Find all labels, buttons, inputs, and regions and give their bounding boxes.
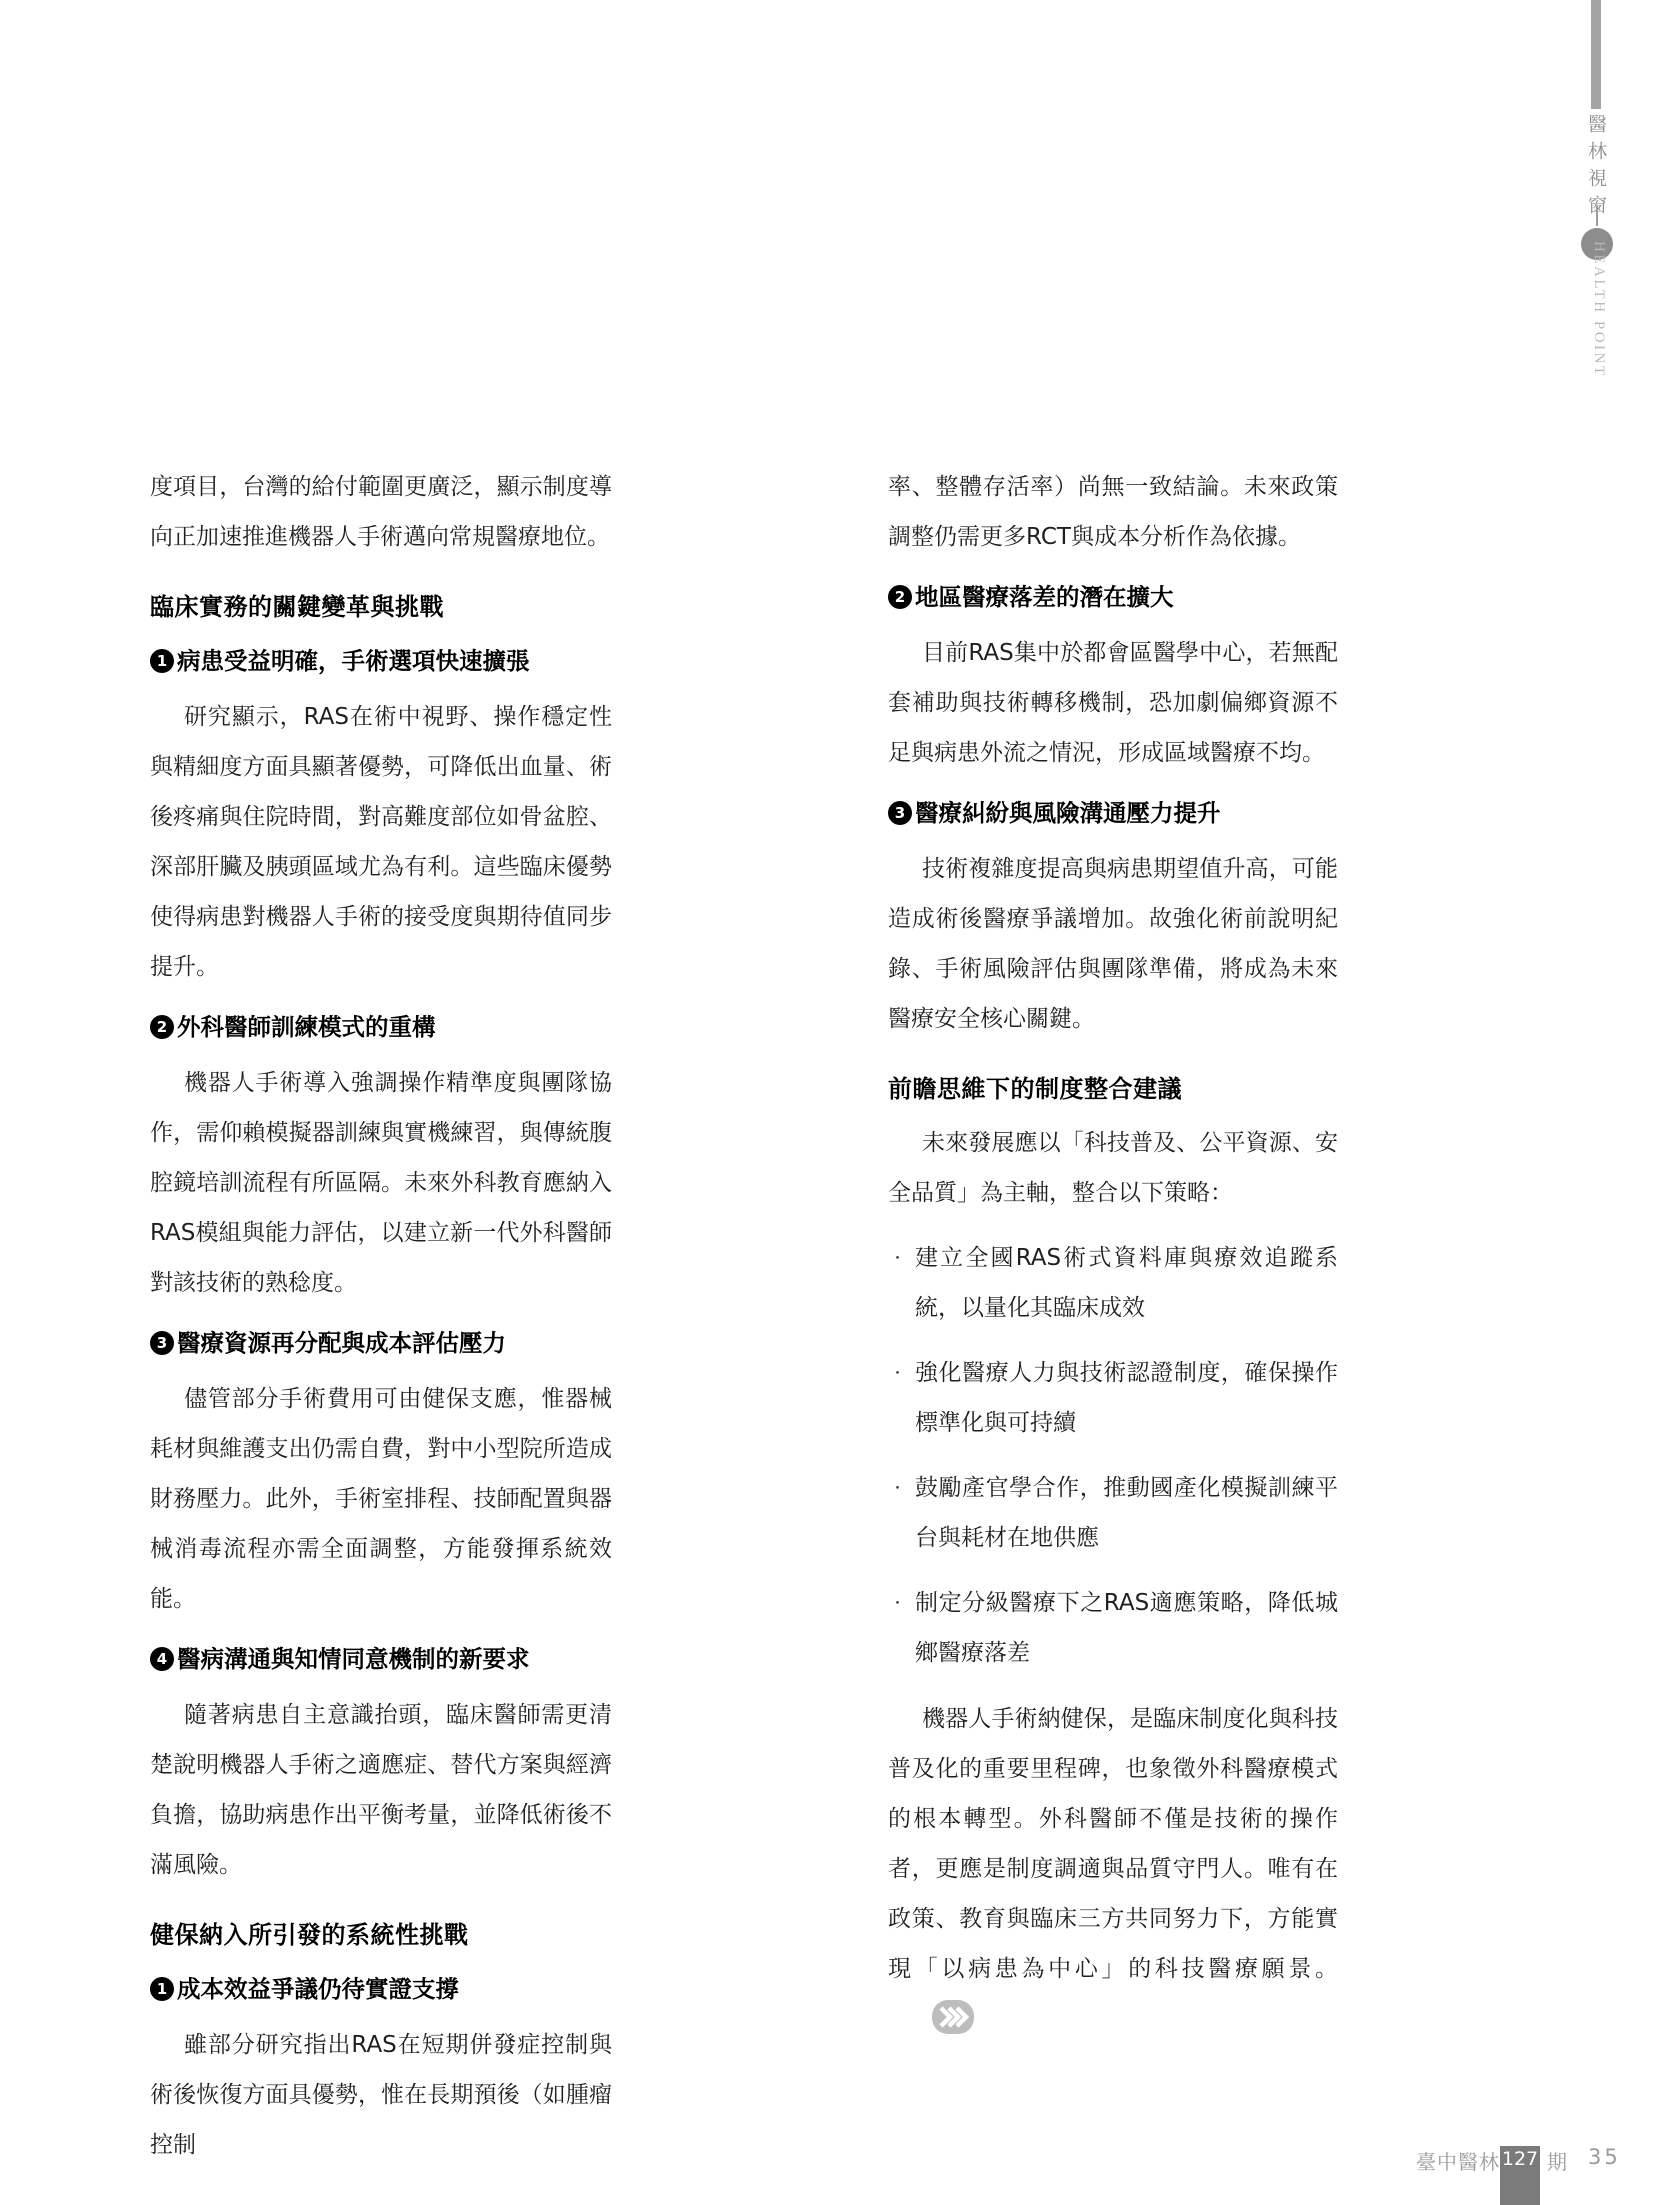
- bullet-marker: ・: [890, 1233, 905, 1283]
- bullet-item: ・強化醫療人力與技術認證制度，確保操作標準化與可持續: [888, 1348, 1338, 1448]
- article-column-right: 率、整體存活率）尚無一致結論。未來政策調整仍需更多RCT與成本分析作為依據。2地…: [888, 462, 1338, 2044]
- bullet-text: 制定分級醫療下之RAS適應策略，降低城鄉醫療落差: [915, 1590, 1338, 1666]
- number-badge: 1: [150, 649, 174, 673]
- sidebar-connector-line: [1596, 206, 1598, 226]
- numbered-heading-text: 地區醫療落差的潛在擴大: [915, 579, 1174, 615]
- bullet-item: ・建立全國RAS術式資料庫與療效追蹤系統，以量化其臨床成效: [888, 1233, 1338, 1333]
- page-number: 35: [1588, 2145, 1621, 2169]
- numbered-heading-text: 醫療資源再分配與成本評估壓力: [177, 1325, 506, 1361]
- paragraph: 率、整體存活率）尚無一致結論。未來政策調整仍需更多RCT與成本分析作為依據。: [888, 462, 1338, 562]
- numbered-heading-text: 醫病溝通與知情同意機制的新要求: [177, 1641, 530, 1677]
- number-badge: 2: [150, 1015, 174, 1039]
- issue-unit: 期: [1547, 2146, 1567, 2175]
- bullet-marker: ・: [890, 1463, 905, 1513]
- paragraph: 機器人手術導入強調操作精準度與團隊協作，需仰賴模擬器訓練與實機練習，與傳統腹腔鏡…: [150, 1058, 612, 1308]
- paragraph: 研究顯示，RAS在術中視野、操作穩定性與精細度方面具顯著優勢，可降低出血量、術後…: [150, 692, 612, 992]
- bullet-item: ・鼓勵產官學合作，推動國產化模擬訓練平台與耗材在地供應: [888, 1463, 1338, 1563]
- numbered-heading: 3醫療資源再分配與成本評估壓力: [150, 1325, 612, 1361]
- bullet-marker: ・: [890, 1578, 905, 1628]
- numbered-heading-text: 成本效益爭議仍待實證支撐: [177, 1971, 459, 2007]
- bullet-text: 建立全國RAS術式資料庫與療效追蹤系統，以量化其臨床成效: [915, 1245, 1338, 1321]
- paragraph: 度項目，台灣的給付範圍更廣泛，顯示制度導向正加速推進機器人手術邁向常規醫療地位。: [150, 462, 612, 562]
- bullet-marker: ・: [890, 1348, 905, 1398]
- issue-number-box: 127: [1500, 2146, 1540, 2205]
- paragraph: 技術複雜度提高與病患期望值升高，可能造成術後醫療爭議增加。故強化術前說明紀錄、手…: [888, 844, 1338, 1044]
- numbered-heading: 2外科醫師訓練模式的重構: [150, 1009, 612, 1045]
- bullet-text: 鼓勵產官學合作，推動國產化模擬訓練平台與耗材在地供應: [915, 1475, 1338, 1551]
- sidebar-accent-bar: [1591, 0, 1601, 109]
- issue-number: 127: [1502, 2148, 1538, 2170]
- numbered-heading-text: 病患受益明確，手術選項快速擴張: [177, 643, 530, 679]
- numbered-heading: 3醫療糾紛與風險溝通壓力提升: [888, 795, 1338, 831]
- paragraph: 機器人手術納健保，是臨床制度化與科技普及化的重要里程碑，也象徵外科醫療模式的根本…: [888, 1694, 1338, 2044]
- numbered-heading: 4醫病溝通與知情同意機制的新要求: [150, 1641, 612, 1677]
- paragraph: 目前RAS集中於都會區醫學中心，若無配套補助與技術轉移機制，恐加劇偏鄉資源不足與…: [888, 628, 1338, 778]
- end-mark-icon: [898, 2000, 974, 2034]
- numbered-heading: 1成本效益爭議仍待實證支撐: [150, 1971, 612, 2007]
- numbered-heading: 2地區醫療落差的潛在擴大: [888, 579, 1338, 615]
- number-badge: 4: [150, 1647, 174, 1671]
- number-badge: 2: [888, 585, 912, 609]
- section-heading: 健保納入所引發的系統性挑戰: [150, 1916, 612, 1954]
- bullet-text: 強化醫療人力與技術認證制度，確保操作標準化與可持續: [915, 1360, 1338, 1436]
- paragraph: 雖部分研究指出RAS在短期併發症控制與術後恢復方面具優勢，惟在長期預後（如腫瘤控…: [150, 2020, 612, 2170]
- paragraph: 隨著病患自主意識抬頭，臨床醫師需更清楚說明機器人手術之適應症、替代方案與經濟負擔…: [150, 1690, 612, 1890]
- sidebar-section-subtitle: HEALTH POINT: [1590, 241, 1607, 378]
- article-column-left: 度項目，台灣的給付範圍更廣泛，顯示制度導向正加速推進機器人手術邁向常規醫療地位。…: [150, 462, 612, 2170]
- bullet-item: ・制定分級醫療下之RAS適應策略，降低城鄉醫療落差: [888, 1578, 1338, 1678]
- section-heading: 前瞻思維下的制度整合建議: [888, 1070, 1338, 1108]
- paragraph: 未來發展應以「科技普及、公平資源、安全品質」為主軸，整合以下策略：: [888, 1118, 1338, 1218]
- number-badge: 3: [888, 801, 912, 825]
- number-badge: 3: [150, 1331, 174, 1355]
- magazine-page: 醫林視窗 HEALTH POINT 度項目，台灣的給付範圍更廣泛，顯示制度導向正…: [0, 0, 1654, 2205]
- number-badge: 1: [150, 1977, 174, 2001]
- journal-name: 臺中醫林: [1416, 2146, 1500, 2175]
- numbered-heading: 1病患受益明確，手術選項快速擴張: [150, 643, 612, 679]
- paragraph: 儘管部分手術費用可由健保支應，惟器械耗材與維護支出仍需自費，對中小型院所造成財務…: [150, 1374, 612, 1624]
- section-heading: 臨床實務的關鍵變革與挑戰: [150, 588, 612, 626]
- numbered-heading-text: 醫療糾紛與風險溝通壓力提升: [915, 795, 1221, 831]
- numbered-heading-text: 外科醫師訓練模式的重構: [177, 1009, 436, 1045]
